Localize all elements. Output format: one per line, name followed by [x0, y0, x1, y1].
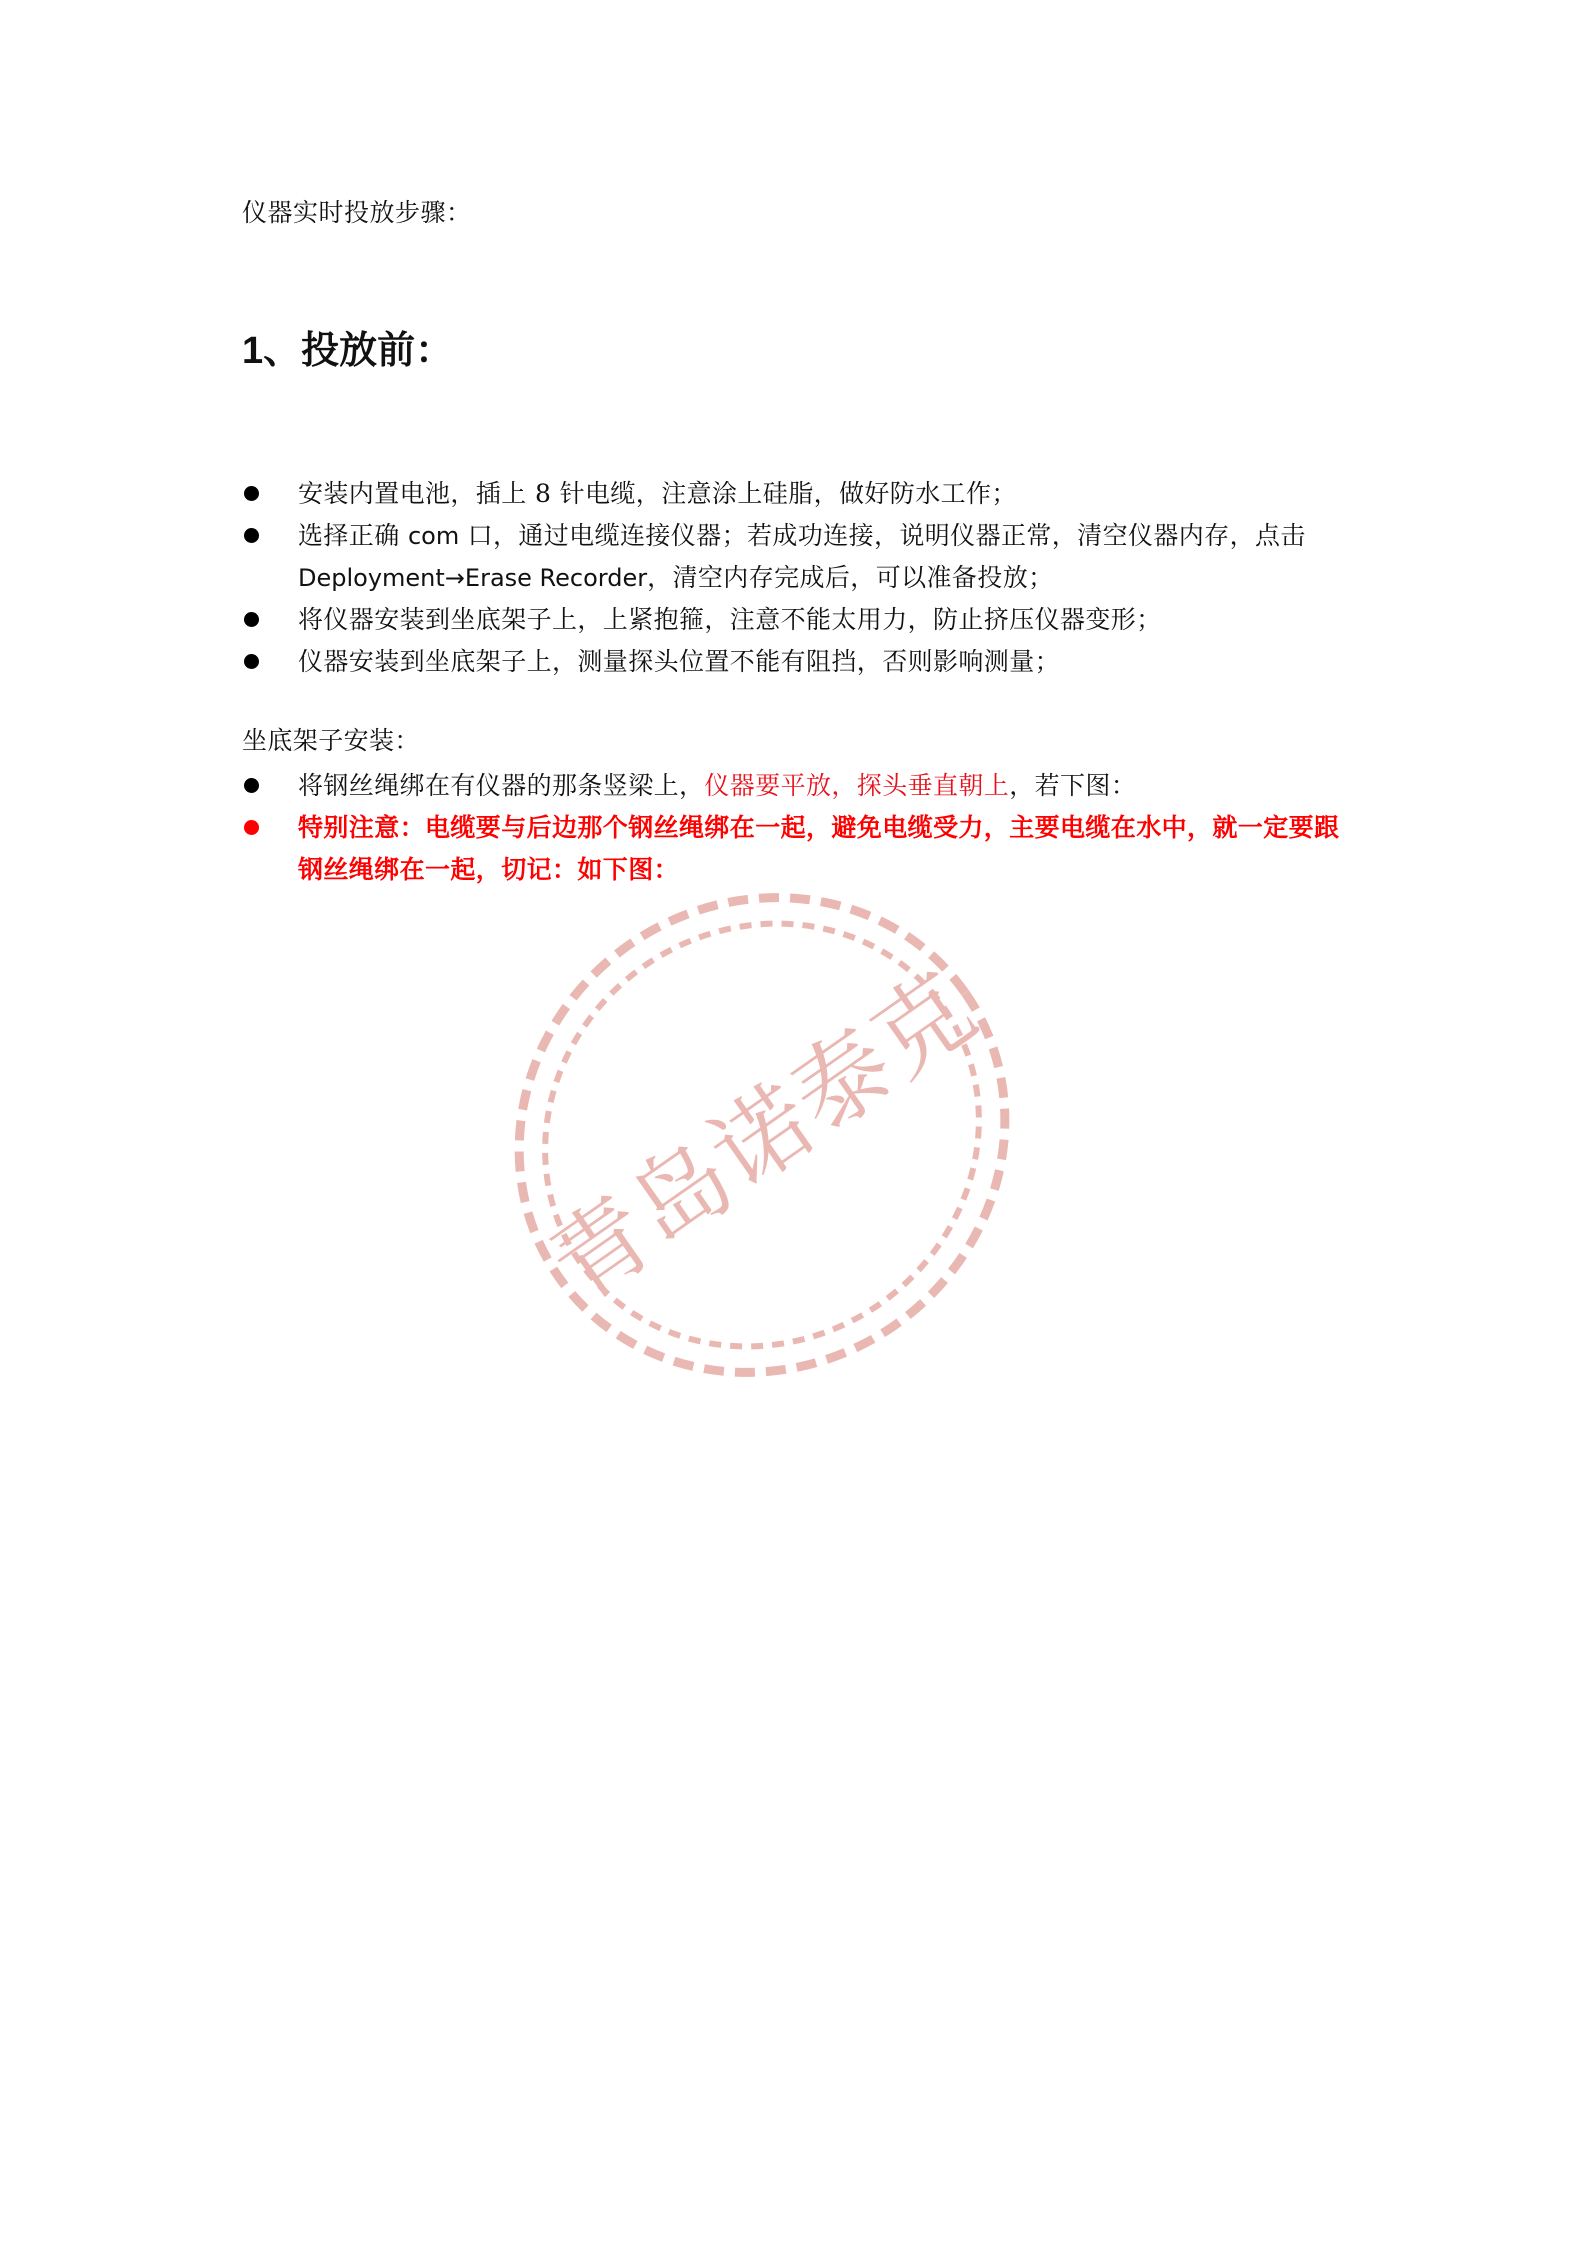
company-stamp-watermark: 青岛诺泰克: [500, 870, 1020, 1390]
list-item: 将仪器安装到坐底架子上，上紧抱箍，注意不能太用力，防止挤压仪器变形；: [242, 599, 1360, 641]
list-item-text: ，若下图：: [1009, 771, 1136, 800]
list-item-text: 口，通过电缆连接仪器；若成功连接，说明仪器正常，清空仪器内存，点击: [459, 521, 1306, 550]
warning-bullet-icon: [244, 820, 259, 835]
list-item: 仪器安装到坐底架子上，测量探头位置不能有阻挡，否则影响测量；: [242, 641, 1360, 683]
stamp-text: 青岛诺泰克: [530, 950, 996, 1323]
list-item-text: 安装内置电池，插上 8 针电缆，注意涂上硅脂，做好防水工作；: [298, 479, 1017, 508]
list-item-text: 将钢丝绳绑在有仪器的那条竖梁上，: [298, 771, 704, 800]
list-item: 选择正确 com 口，通过电缆连接仪器；若成功连接，说明仪器正常，清空仪器内存，…: [242, 515, 1360, 599]
frame-install-title: 坐底架子安装：: [242, 724, 420, 758]
list-item: 将钢丝绳绑在有仪器的那条竖梁上，仪器要平放，探头垂直朝上，若下图：: [242, 765, 1360, 807]
frame-install-list: 将钢丝绳绑在有仪器的那条竖梁上，仪器要平放，探头垂直朝上，若下图： 特别注意：电…: [242, 765, 1360, 891]
bullet-icon: [244, 528, 259, 543]
menu-path-label: Deployment→Erase Recorder: [298, 564, 647, 592]
bullet-icon: [244, 486, 259, 501]
stamp-icon: 青岛诺泰克: [500, 870, 1020, 1390]
intro-title: 仪器实时投放步骤：: [242, 196, 472, 230]
list-item-text: 将仪器安装到坐底架子上，上紧抱箍，注意不能太用力，防止挤压仪器变形；: [298, 605, 1162, 634]
com-port-label: com: [408, 522, 459, 550]
list-item-text: ，清空内存完成后，可以准备投放；: [647, 563, 1053, 592]
bullet-icon: [244, 654, 259, 669]
section-heading: 1、投放前：: [242, 328, 453, 374]
list-item-text: 选择正确: [298, 521, 408, 550]
list-item: 安装内置电池，插上 8 针电缆，注意涂上硅脂，做好防水工作；: [242, 473, 1360, 515]
bullet-icon: [244, 778, 259, 793]
warning-item: 特别注意：电缆要与后边那个钢丝绳绑在一起，避免电缆受力，主要电缆在水中，就一定要…: [242, 807, 1360, 891]
document-page: 仪器实时投放步骤： 1、投放前： 安装内置电池，插上 8 针电缆，注意涂上硅脂，…: [0, 0, 1587, 2245]
emphasis-text: 仪器要平放，探头垂直朝上: [704, 771, 1009, 800]
warning-text: 特别注意：电缆要与后边那个钢丝绳绑在一起，避免电缆受力，主要电缆在水中，就一定要…: [298, 813, 1339, 884]
bullet-icon: [244, 612, 259, 627]
list-item-text: 仪器安装到坐底架子上，测量探头位置不能有阻挡，否则影响测量；: [298, 647, 1060, 676]
pre-deployment-list: 安装内置电池，插上 8 针电缆，注意涂上硅脂，做好防水工作； 选择正确 com …: [242, 473, 1360, 683]
